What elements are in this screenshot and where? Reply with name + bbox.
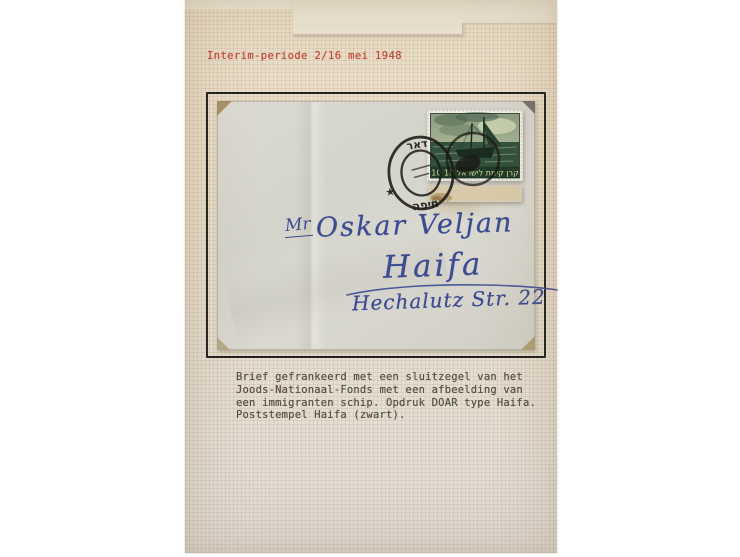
star-icon: ★ bbox=[384, 185, 396, 199]
caption-interim-period: Interim-periode 2/16 mei 1948 bbox=[207, 50, 402, 62]
description-line: Joods-Nationaal-Fonds met een afbeelding… bbox=[236, 384, 536, 397]
postmark-date-smudge bbox=[411, 165, 431, 178]
envelope-crease bbox=[223, 226, 453, 347]
scanned-album-photo-page: Interim-periode 2/16 mei 1948 Mr Oskar V… bbox=[0, 0, 740, 557]
photo-corner-mount bbox=[522, 101, 535, 114]
envelope-crease bbox=[296, 102, 326, 349]
album-page-photo: Interim-periode 2/16 mei 1948 Mr Oskar V… bbox=[185, 0, 557, 553]
typed-description: Brief gefrankeerd met een sluitzegel van… bbox=[236, 371, 536, 422]
postmark-city-text: חיפה bbox=[411, 196, 439, 214]
photo-corner-mount bbox=[217, 337, 230, 350]
overlapping-page-edge bbox=[462, 0, 557, 24]
photo-corner-mount bbox=[217, 101, 232, 116]
blank-paper-label bbox=[293, 0, 463, 35]
photo-corner-mount bbox=[521, 336, 535, 350]
description-line: Brief gefrankeerd met een sluitzegel van… bbox=[236, 371, 536, 384]
cancel-smudge bbox=[453, 152, 483, 175]
description-line: een immigranten schip. Opdruk DOAR type … bbox=[236, 397, 536, 410]
description-line: Poststempel Haifa (zwart). bbox=[236, 409, 536, 422]
secondary-cancel bbox=[442, 129, 504, 191]
